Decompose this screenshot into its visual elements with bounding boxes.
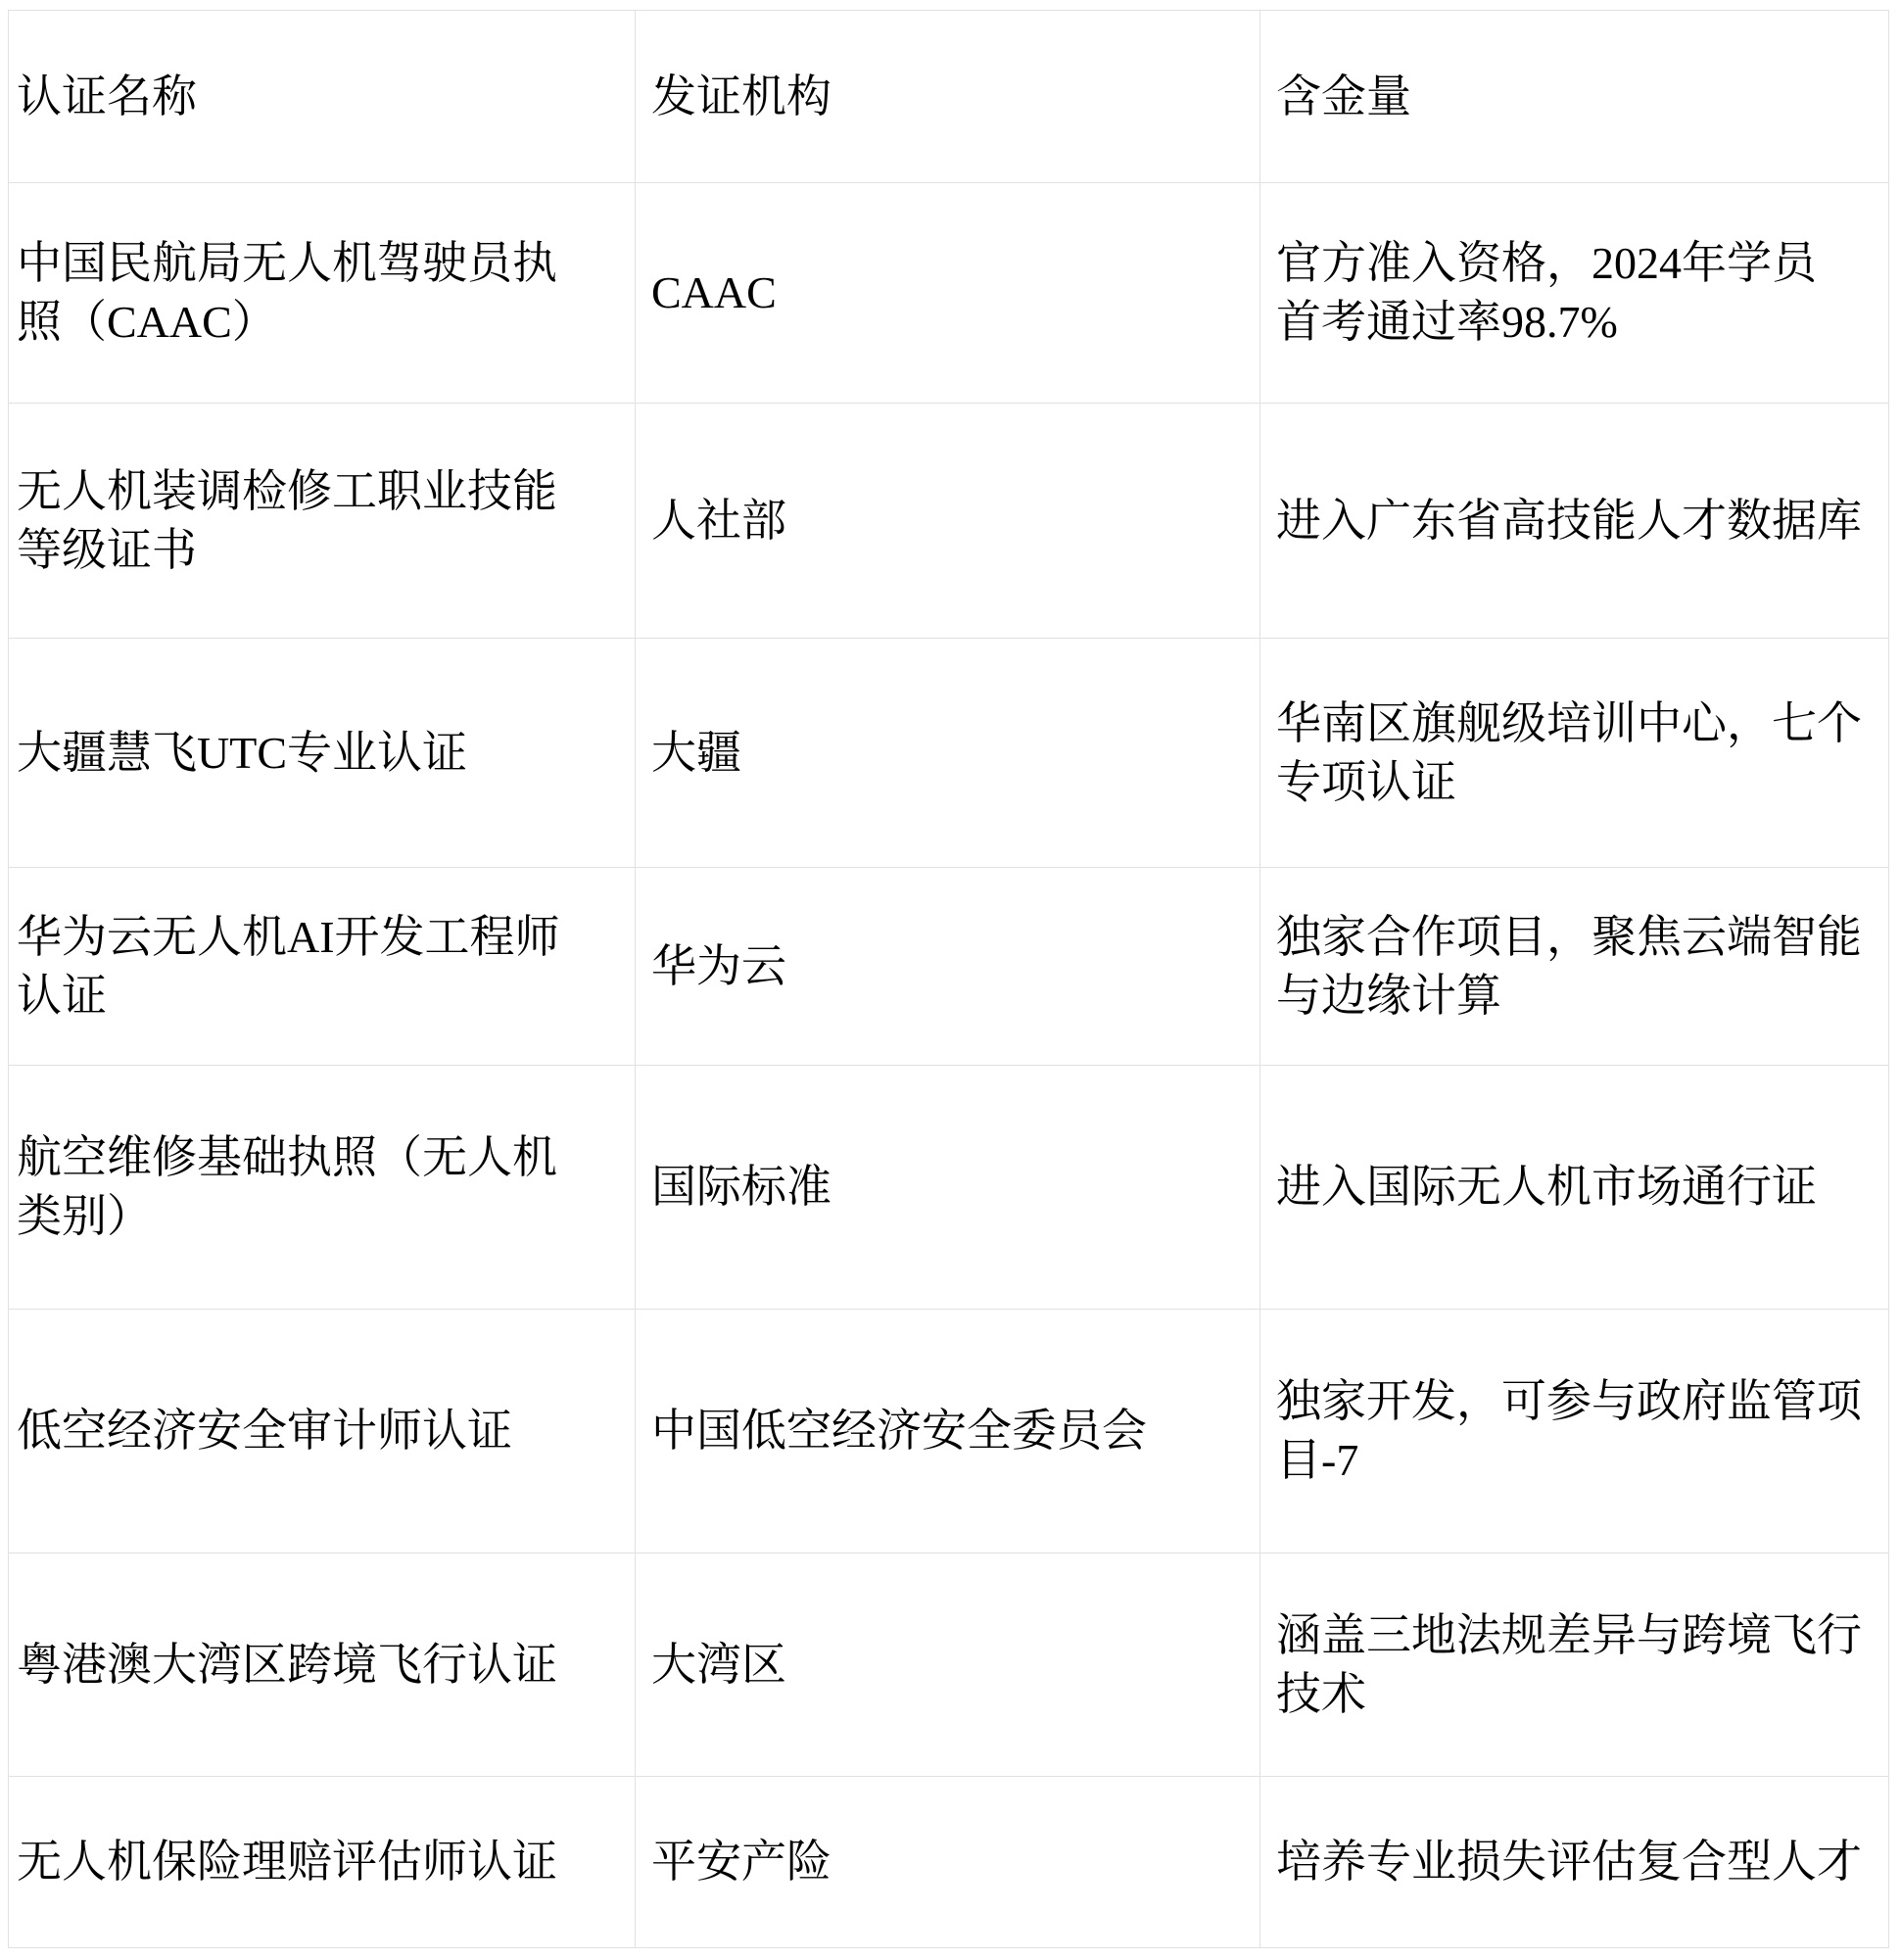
cell-value: 涵盖三地法规差异与跨境飞行 技术 — [1260, 1554, 1889, 1777]
cell-cert-name: 粤港澳大湾区跨境飞行认证 — [9, 1554, 636, 1777]
cell-issuer: CAAC — [636, 183, 1260, 404]
cell-issuer: 平安产险 — [636, 1777, 1260, 1948]
table-row: 低空经济安全审计师认证 中国低空经济安全委员会 独家开发，可参与政府监管项 目-… — [9, 1310, 1889, 1554]
header-cert-name: 认证名称 — [9, 11, 636, 183]
cell-cert-name: 低空经济安全审计师认证 — [9, 1310, 636, 1554]
cell-value: 进入广东省高技能人才数据库 — [1260, 404, 1889, 639]
cell-issuer: 国际标准 — [636, 1066, 1260, 1310]
cell-issuer: 华为云 — [636, 868, 1260, 1066]
cell-issuer: 大疆 — [636, 639, 1260, 868]
table-row: 航空维修基础执照（无人机 类别） 国际标准 进入国际无人机市场通行证 — [9, 1066, 1889, 1310]
header-value: 含金量 — [1260, 11, 1889, 183]
table-row: 粤港澳大湾区跨境飞行认证 大湾区 涵盖三地法规差异与跨境飞行 技术 — [9, 1554, 1889, 1777]
cell-value: 独家合作项目，聚焦云端智能 与边缘计算 — [1260, 868, 1889, 1066]
cell-value: 官方准入资格，2024年学员 首考通过率98.7% — [1260, 183, 1889, 404]
table-row: 无人机装调检修工职业技能 等级证书 人社部 进入广东省高技能人才数据库 — [9, 404, 1889, 639]
header-issuer: 发证机构 — [636, 11, 1260, 183]
cell-issuer: 人社部 — [636, 404, 1260, 639]
cell-issuer: 中国低空经济安全委员会 — [636, 1310, 1260, 1554]
table-row: 华为云无人机AI开发工程师 认证 华为云 独家合作项目，聚焦云端智能 与边缘计算 — [9, 868, 1889, 1066]
cell-cert-name: 无人机保险理赔评估师认证 — [9, 1777, 636, 1948]
table-header-row: 认证名称 发证机构 含金量 — [9, 11, 1889, 183]
table-row: 无人机保险理赔评估师认证 平安产险 培养专业损失评估复合型人才 — [9, 1777, 1889, 1948]
cell-cert-name: 华为云无人机AI开发工程师 认证 — [9, 868, 636, 1066]
table-row: 大疆慧飞UTC专业认证 大疆 华南区旗舰级培训中心，七个 专项认证 — [9, 639, 1889, 868]
certifications-table: 认证名称 发证机构 含金量 中国民航局无人机驾驶员执 照（CAAC） CAAC … — [8, 10, 1889, 1948]
table-row: 中国民航局无人机驾驶员执 照（CAAC） CAAC 官方准入资格，2024年学员… — [9, 183, 1889, 404]
cell-value: 华南区旗舰级培训中心，七个 专项认证 — [1260, 639, 1889, 868]
cell-value: 培养专业损失评估复合型人才 — [1260, 1777, 1889, 1948]
cell-cert-name: 中国民航局无人机驾驶员执 照（CAAC） — [9, 183, 636, 404]
cell-issuer: 大湾区 — [636, 1554, 1260, 1777]
cell-cert-name: 大疆慧飞UTC专业认证 — [9, 639, 636, 868]
cell-cert-name: 无人机装调检修工职业技能 等级证书 — [9, 404, 636, 639]
cell-value: 独家开发，可参与政府监管项 目-7 — [1260, 1310, 1889, 1554]
cell-value: 进入国际无人机市场通行证 — [1260, 1066, 1889, 1310]
cell-cert-name: 航空维修基础执照（无人机 类别） — [9, 1066, 636, 1310]
